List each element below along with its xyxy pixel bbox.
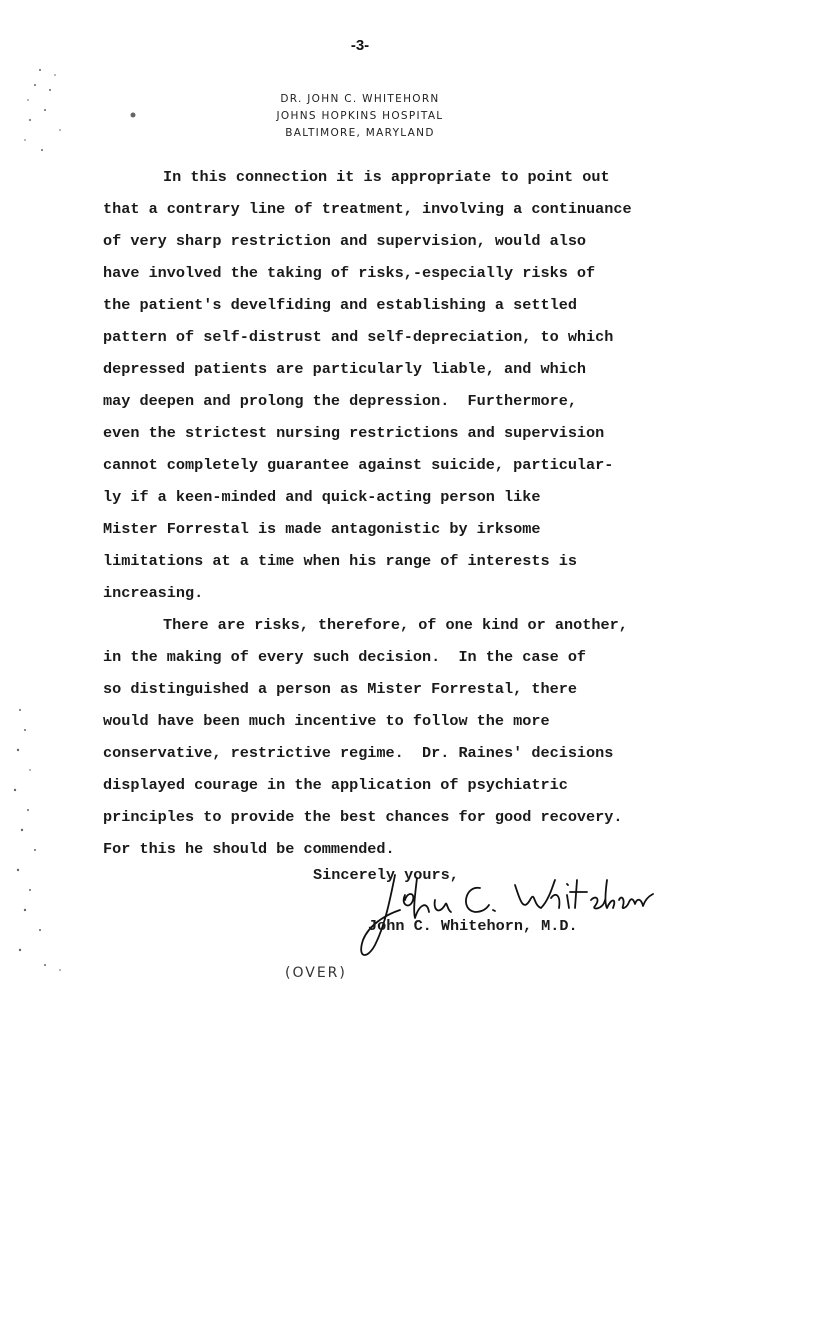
body-line: increasing. — [103, 580, 703, 612]
page-number: -3- — [330, 37, 390, 54]
body-line: of very sharp restriction and supervisio… — [103, 228, 703, 260]
letterhead-institution: JOHNS HOPKINS HOSPITAL — [230, 108, 490, 125]
body-line: There are risks, therefore, of one kind … — [103, 612, 703, 644]
body-line: ly if a keen-minded and quick-acting per… — [103, 484, 703, 516]
body-line: so distinguished a person as Mister Forr… — [103, 676, 703, 708]
letter-page: -3- DR. JOHN C. WHITEHORN JOHNS HOPKINS … — [0, 0, 815, 1344]
body-line: in the making of every such decision. In… — [103, 644, 703, 676]
letterhead-location: BALTIMORE, MARYLAND — [230, 125, 490, 142]
body-line: For this he should be commended. — [103, 836, 703, 868]
body-line: displayed courage in the application of … — [103, 772, 703, 804]
body-line: conservative, restrictive regime. Dr. Ra… — [103, 740, 703, 772]
body-line: limitations at a time when his range of … — [103, 548, 703, 580]
typed-signature-name: John C. Whitehorn, M.D. — [368, 917, 578, 935]
handwritten-over-note: (OVER) — [285, 965, 347, 981]
scan-speckle-left — [0, 30, 140, 990]
body-line: even the strictest nursing restrictions … — [103, 420, 703, 452]
body-line: cannot completely guarantee against suic… — [103, 452, 703, 484]
letter-body: In this connection it is appropriate to … — [103, 164, 703, 868]
body-line: depressed patients are particularly liab… — [103, 356, 703, 388]
body-line: would have been much incentive to follow… — [103, 708, 703, 740]
body-line: the patient's develfiding and establishi… — [103, 292, 703, 324]
letterhead-name: DR. JOHN C. WHITEHORN — [230, 91, 490, 108]
body-line: In this connection it is appropriate to … — [103, 164, 703, 196]
body-line: may deepen and prolong the depression. F… — [103, 388, 703, 420]
body-line: pattern of self-distrust and self-deprec… — [103, 324, 703, 356]
body-line: principles to provide the best chances f… — [103, 804, 703, 836]
letterhead: DR. JOHN C. WHITEHORN JOHNS HOPKINS HOSP… — [230, 91, 490, 142]
body-line: have involved the taking of risks,-espec… — [103, 260, 703, 292]
body-line: Mister Forrestal is made antagonistic by… — [103, 516, 703, 548]
body-line: that a contrary line of treatment, invol… — [103, 196, 703, 228]
